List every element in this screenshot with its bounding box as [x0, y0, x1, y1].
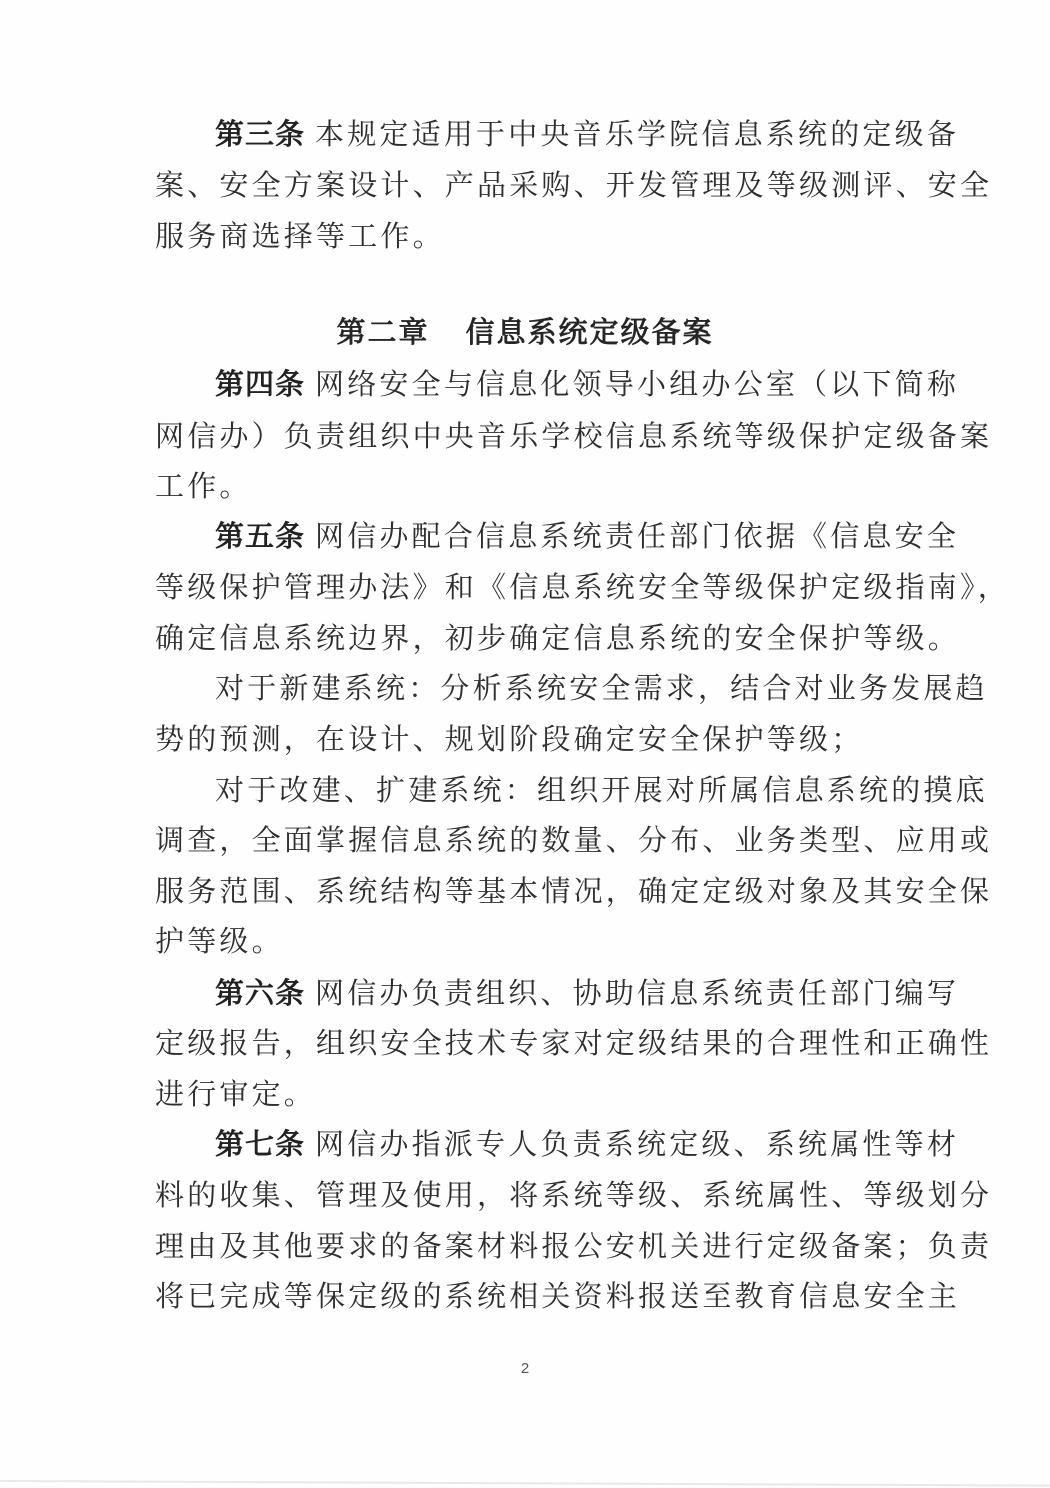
- chapter-number: 第二章: [336, 315, 429, 349]
- article-5-label: 第五条: [215, 519, 305, 553]
- chapter-title: 信息系统定级备案: [466, 315, 714, 349]
- article-4-line-3: 工作。: [155, 466, 907, 506]
- rebuild-system-line-4: 护等级。: [155, 921, 907, 961]
- article-3-line-3: 服务商选择等工作。: [155, 216, 907, 256]
- new-system-line-2: 势的预测，在设计、规划阶段确定安全保护等级；: [155, 719, 907, 759]
- article-7-line-3: 理由及其他要求的备案材料报公安机关进行定级备案；负责: [155, 1226, 907, 1266]
- article-7-label: 第七条: [215, 1127, 305, 1161]
- article-6-line-1: 第六条网信办负责组织、协助信息系统责任部门编写: [215, 973, 907, 1013]
- page-number: 2: [0, 1360, 1050, 1377]
- article-5-line-2: 等级保护管理办法》和《信息系统安全等级保护定级指南》，: [155, 567, 907, 607]
- new-system-line-1: 对于新建系统：分析系统安全需求，结合对业务发展趋: [215, 668, 907, 708]
- rebuild-system-line-3: 服务范围、系统结构等基本情况，确定定级对象及其安全保: [155, 871, 907, 911]
- article-7-line-4: 将已完成等保定级的系统相关资料报送至教育信息安全主: [155, 1276, 907, 1316]
- article-3-line-2: 案、安全方案设计、产品采购、开发管理及等级测评、安全: [155, 165, 907, 205]
- article-4-label: 第四条: [215, 367, 305, 401]
- rebuild-system-line-1: 对于改建、扩建系统：组织开展对所属信息系统的摸底: [215, 770, 907, 810]
- article-7-line-2: 料的收集、管理及使用，将系统等级、系统属性、等级划分: [155, 1175, 907, 1215]
- article-5-line-3: 确定信息系统边界，初步确定信息系统的安全保护等级。: [155, 618, 907, 658]
- article-6-label: 第六条: [215, 976, 305, 1010]
- article-6-line-2: 定级报告，组织安全技术专家对定级结果的合理性和正确性: [155, 1023, 907, 1063]
- scan-edge-divider: [0, 1480, 1050, 1487]
- document-page: 第三条本规定适用于中央音乐学院信息系统的定级备 案、安全方案设计、产品采购、开发…: [0, 0, 1050, 1488]
- rebuild-system-line-2: 调查，全面掌握信息系统的数量、分布、业务类型、应用或: [155, 820, 907, 860]
- article-3-line-1: 第三条本规定适用于中央音乐学院信息系统的定级备: [215, 114, 907, 154]
- article-3-label: 第三条: [215, 117, 305, 151]
- chapter-heading: 第二章信息系统定级备案: [0, 312, 1050, 352]
- article-4-line-2: 网信办）负责组织中央音乐学校信息系统等级保护定级备案: [155, 416, 907, 456]
- article-5-line-1: 第五条网信办配合信息系统责任部门依据《信息安全: [215, 516, 907, 556]
- article-6-line-3: 进行审定。: [155, 1074, 907, 1114]
- article-4-line-1: 第四条网络安全与信息化领导小组办公室（以下简称: [215, 364, 907, 404]
- article-7-line-1: 第七条网信办指派专人负责系统定级、系统属性等材: [215, 1124, 907, 1164]
